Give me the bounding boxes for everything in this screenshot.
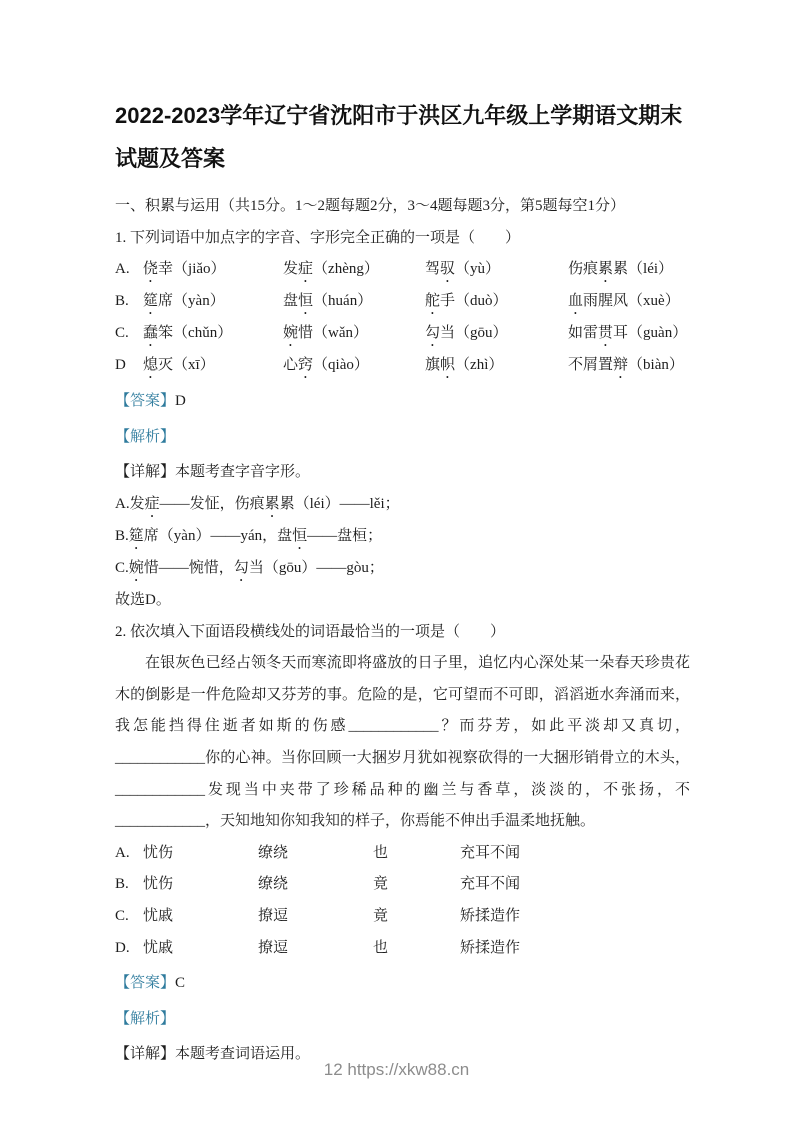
seg: 累（léi）——lěi； — [280, 496, 400, 512]
word-item: 筵席（yàn） — [143, 286, 283, 318]
word-post: 席 — [158, 293, 173, 309]
option-word: 忧伤 — [143, 838, 258, 870]
q2-stem: 2. 依次填入下面语段横线处的词语最恰当的一项是（ ） — [115, 617, 690, 649]
word-pre: 心 — [283, 357, 298, 373]
seg: ——盘桓； — [307, 528, 382, 544]
word-dotted-char: 勾 — [425, 325, 440, 341]
pinyin: （chǔn） — [173, 325, 232, 341]
word-dotted-char: 窍 — [298, 357, 313, 373]
word-item: 如雷贯耳（guàn） — [568, 318, 690, 350]
q1-detail-line-b: B.筵席（yàn）——yán，盘恒——盘桓； — [115, 521, 690, 553]
q1-option-b: B. 筵席（yàn） 盘恒（huán） 舵手（duò） 血雨腥风（xuè） — [115, 286, 690, 318]
option-label: A. — [115, 254, 143, 286]
option-word: 撩逗 — [258, 901, 373, 933]
detail-text: 本题考查字音字形。 — [175, 464, 310, 480]
seg-dotted: 婉 — [129, 560, 144, 576]
q1-analysis-label: 【解析】 — [115, 422, 690, 454]
pinyin: （jiǎo） — [173, 261, 226, 277]
word-post: 累 — [613, 261, 628, 277]
q1-option-c: C. 蠢笨（chǔn） 婉惜（wǎn） 勾当（gōu） 如雷贯耳（guàn） — [115, 318, 690, 350]
option-word: 矫揉造作 — [460, 901, 690, 933]
option-label: C. — [115, 318, 143, 350]
seg-dotted: 筵 — [129, 528, 144, 544]
q1-option-a: A. 侥幸（jiǎo） 发症（zhèng） 驾驭（yù） 伤痕累累（léi） — [115, 254, 690, 286]
seg-dotted: 累 — [265, 496, 280, 512]
q1-detail-intro: 【详解】本题考查字音字形。 — [115, 457, 690, 489]
q2-option-b: B. 忧伤 缭绕 竟 充耳不闻 — [115, 869, 690, 901]
word-post: 灭 — [158, 357, 173, 373]
pinyin: （xī） — [173, 357, 215, 373]
word-pre: 如雷 — [568, 325, 598, 341]
detail-tag: 【详解】 — [115, 464, 175, 480]
word-post: 手 — [440, 293, 455, 309]
word-dotted-char: 筵 — [143, 293, 158, 309]
seg-dotted: 症 — [145, 496, 160, 512]
pinyin: （huán） — [313, 293, 372, 309]
answer-tag: 【答案】 — [115, 393, 175, 409]
q1-conclusion: 故选D。 — [115, 585, 690, 617]
q2-analysis-label: 【解析】 — [115, 1004, 690, 1036]
pinyin: （biàn） — [628, 357, 684, 373]
section-heading: 一、积累与运用（共15分。1～2题每题2分，3～4题每题3分，第5题每空1分） — [115, 191, 690, 223]
seg: 惜——惋惜， — [144, 560, 234, 576]
document-page: 2022-2023学年辽宁省沈阳市于洪区九年级上学期语文期末试题及答案 一、积累… — [0, 0, 793, 1122]
option-label: C. — [115, 901, 143, 933]
option-word: 矫揉造作 — [460, 933, 690, 965]
word-post: 幸 — [158, 261, 173, 277]
word-item: 熄灭（xī） — [143, 350, 283, 382]
word-item: 不屑置辩（biàn） — [568, 350, 690, 382]
q1-stem: 1. 下列词语中加点字的字音、字形完全正确的一项是（ ） — [115, 223, 690, 255]
seg-dotted: 恒 — [292, 528, 307, 544]
option-label: D. — [115, 933, 143, 965]
answer-value: D — [175, 393, 186, 409]
pinyin: （wǎn） — [313, 325, 368, 341]
pinyin: （yù） — [455, 261, 500, 277]
q1-answer: 【答案】D — [115, 386, 690, 418]
word-post: 耳 — [613, 325, 628, 341]
seg-dotted: 勾 — [234, 560, 249, 576]
option-label: B. — [115, 869, 143, 901]
word-dotted-char: 累 — [598, 261, 613, 277]
pinyin: （léi） — [628, 261, 673, 277]
q1-option-d: D 熄灭（xī） 心窍（qiào） 旗帜（zhì） 不屑置辩（biàn） — [115, 350, 690, 382]
word-pre: 盘 — [283, 293, 298, 309]
word-dotted-char: 熄 — [143, 357, 158, 373]
word-dotted-char: 恒 — [298, 293, 313, 309]
word-item: 婉惜（wǎn） — [283, 318, 425, 350]
word-pre: 发 — [283, 261, 298, 277]
q1-detail-line-c: C.婉惜——惋惜，勾当（gōu）——gòu； — [115, 553, 690, 585]
word-dotted-char: 驭 — [440, 261, 455, 277]
word-item: 旗帜（zhì） — [425, 350, 568, 382]
option-word: 忧伤 — [143, 869, 258, 901]
pinyin: （zhèng） — [313, 261, 379, 277]
option-word: 缭绕 — [258, 869, 373, 901]
word-item: 勾当（gōu） — [425, 318, 568, 350]
option-word: 忧戚 — [143, 901, 258, 933]
word-post: 当 — [440, 325, 455, 341]
option-word: 充耳不闻 — [460, 869, 690, 901]
seg: ——发怔，伤痕 — [160, 496, 265, 512]
option-label: D — [115, 350, 143, 382]
answer-tag: 【答案】 — [115, 975, 175, 991]
pinyin: （guàn） — [628, 325, 687, 341]
word-post: 惜 — [298, 325, 313, 341]
page-footer: 12 https://xkw88.cn — [0, 1060, 793, 1080]
q2-answer: 【答案】C — [115, 968, 690, 1000]
word-dotted-char: 辩 — [613, 357, 628, 373]
word-pre: 不屑置 — [568, 357, 613, 373]
seg: C. — [115, 560, 129, 576]
word-pre: 伤痕 — [568, 261, 598, 277]
pinyin: （qiào） — [313, 357, 369, 373]
option-word: 也 — [373, 933, 460, 965]
option-word: 缭绕 — [258, 838, 373, 870]
pinyin: （duò） — [455, 293, 508, 309]
analysis-tag: 【解析】 — [115, 429, 175, 445]
word-dotted-char: 血 — [568, 293, 583, 309]
option-word: 忧戚 — [143, 933, 258, 965]
option-label: B. — [115, 286, 143, 318]
option-word: 撩逗 — [258, 933, 373, 965]
word-item: 血雨腥风（xuè） — [568, 286, 690, 318]
q2-option-d: D. 忧戚 撩逗 也 矫揉造作 — [115, 933, 690, 965]
answer-value: C — [175, 975, 185, 991]
analysis-tag: 【解析】 — [115, 1011, 175, 1027]
word-dotted-char: 贯 — [598, 325, 613, 341]
q2-option-c: C. 忧戚 撩逗 竟 矫揉造作 — [115, 901, 690, 933]
word-post: 雨腥风 — [583, 293, 628, 309]
q2-option-a: A. 忧伤 缭绕 也 充耳不闻 — [115, 838, 690, 870]
word-dotted-char: 侥 — [143, 261, 158, 277]
word-item: 舵手（duò） — [425, 286, 568, 318]
q1-detail-line-a: A.发症——发怔，伤痕累累（léi）——lěi； — [115, 489, 690, 521]
word-dotted-char: 婉 — [283, 325, 298, 341]
option-label: A. — [115, 838, 143, 870]
page-title: 2022-2023学年辽宁省沈阳市于洪区九年级上学期语文期末试题及答案 — [115, 94, 690, 180]
option-word: 竟 — [373, 869, 460, 901]
word-pre: 驾 — [425, 261, 440, 277]
word-dotted-char: 帜 — [440, 357, 455, 373]
word-item: 蠢笨（chǔn） — [143, 318, 283, 350]
word-dotted-char: 蠢 — [143, 325, 158, 341]
word-item: 伤痕累累（léi） — [568, 254, 690, 286]
pinyin: （yàn） — [173, 293, 225, 309]
option-word: 竟 — [373, 901, 460, 933]
q2-passage: 在银灰色已经占领冬天而寒流即将盛放的日子里，追忆内心深处某一朵春天珍贵花木的倒影… — [115, 648, 690, 838]
pinyin: （gōu） — [455, 325, 508, 341]
word-item: 驾驭（yù） — [425, 254, 568, 286]
seg: 席（yàn）——yán，盘 — [144, 528, 292, 544]
option-word: 充耳不闻 — [460, 838, 690, 870]
word-item: 心窍（qiào） — [283, 350, 425, 382]
pinyin: （xuè） — [628, 293, 680, 309]
word-item: 侥幸（jiǎo） — [143, 254, 283, 286]
option-word: 也 — [373, 838, 460, 870]
seg: 当（gōu）——gòu； — [249, 560, 384, 576]
word-post: 笨 — [158, 325, 173, 341]
word-pre: 旗 — [425, 357, 440, 373]
word-item: 发症（zhèng） — [283, 254, 425, 286]
word-dotted-char: 舵 — [425, 293, 440, 309]
seg: A.发 — [115, 496, 145, 512]
pinyin: （zhì） — [455, 357, 503, 373]
seg: B. — [115, 528, 129, 544]
word-dotted-char: 症 — [298, 261, 313, 277]
word-item: 盘恒（huán） — [283, 286, 425, 318]
